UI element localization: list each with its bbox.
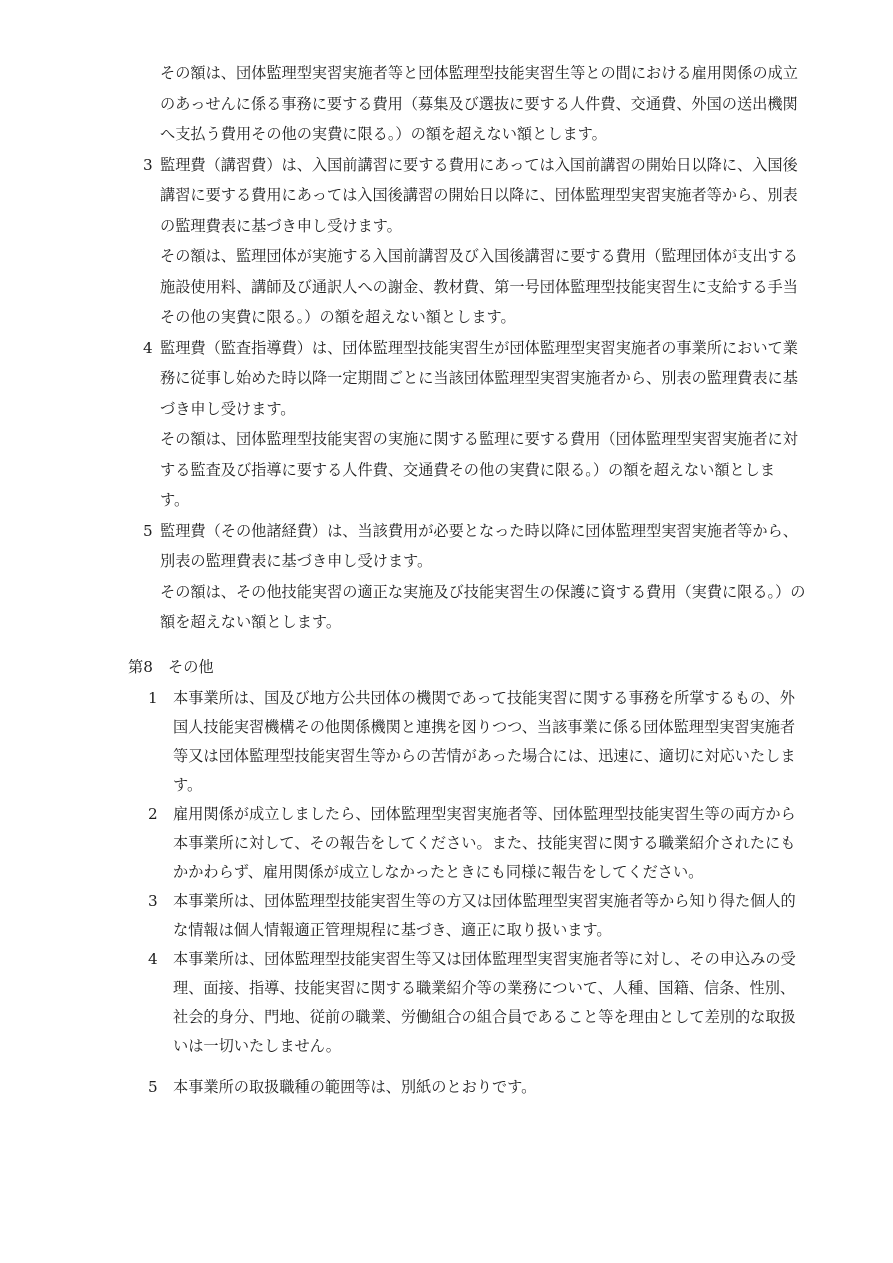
text-line: いは一切いたしません。 <box>173 1032 848 1061</box>
section-heading: 第8 その他 <box>128 652 214 682</box>
text-line: かかわらず、雇用関係が成立しなかったときにも同様に報告をしてください。 <box>173 858 848 887</box>
text-line: その額は、監理団体が実施する入国前講習及び入国後講習に要する費用（監理団体が支出… <box>160 241 820 272</box>
text-line: 講習に要する費用にあっては入国後講習の開始日以降に、団体監理型実習実施者等から、… <box>160 180 820 211</box>
text-line: 雇用関係が成立しましたら、団体監理型実習実施者等、団体監理型技能実習生等の両方か… <box>173 800 848 829</box>
text-line: 4監理費（監査指導費）は、団体監理型技能実習生が団体監理型実習実施者の事業所にお… <box>160 333 820 364</box>
text-line: す。 <box>160 485 820 516</box>
clause-number: 5 <box>143 516 153 547</box>
text-line: する監査及び指導に要する人件費、交通費その他の実費に限る。）の額を超えない額とし… <box>160 455 820 486</box>
list-item: 4本事業所は、団体監理型技能実習生等又は団体監理型実習実施者等に対し、その申込み… <box>148 945 848 1061</box>
text-line: 本事業所は、国及び地方公共団体の機関であって技能実習に関する事務を所掌するもの、… <box>173 684 848 713</box>
item-number: 4 <box>148 945 158 974</box>
text-line: へ支払う費用その他の実費に限る。）の額を超えない額とします。 <box>160 119 820 150</box>
other-clauses-list: 1本事業所は、国及び地方公共団体の機関であって技能実習に関する事務を所掌するもの… <box>148 684 848 1102</box>
text-line: 5監理費（その他諸経費）は、当該費用が必要となった時以降に団体監理型実習実施者等… <box>160 516 820 547</box>
text-line: その他の実費に限る。）の額を超えない額とします。 <box>160 302 820 333</box>
text-line: 本事業所は、団体監理型技能実習生等の方又は団体監理型実習実施者等から知り得た個人… <box>173 887 848 916</box>
text-line: その額は、団体監理型技能実習の実施に関する監理に要する費用（団体監理型実習実施者… <box>160 424 820 455</box>
text-line: す。 <box>173 771 848 800</box>
text-line: 本事業所に対して、その報告をしてください。また、技能実習に関する職業紹介されたに… <box>173 829 848 858</box>
list-item: 5本事業所の取扱職種の範囲等は、別紙のとおりです。 <box>148 1073 848 1102</box>
text-line: その額は、その他技能実習の適正な実施及び技能実習生の保護に資する費用（実費に限る… <box>160 577 820 608</box>
text-line: な情報は個人情報適正管理規程に基づき、適正に取り扱います。 <box>173 916 848 945</box>
text-line: その額は、団体監理型実習実施者等と団体監理型技能実習生等との間における雇用関係の… <box>160 58 820 89</box>
list-item: 2雇用関係が成立しましたら、団体監理型実習実施者等、団体監理型技能実習生等の両方… <box>148 800 848 887</box>
text-line: づき申し受けます。 <box>160 394 820 425</box>
text-line: 本事業所は、団体監理型技能実習生等又は団体監理型実習実施者等に対し、その申込みの… <box>173 945 848 974</box>
fee-clause-section: その額は、団体監理型実習実施者等と団体監理型技能実習生等との間における雇用関係の… <box>160 58 820 638</box>
clause-number: 3 <box>143 150 153 181</box>
text-line: 理、面接、指導、技能実習に関する職業紹介等の業務について、人種、国籍、信条、性別… <box>173 974 848 1003</box>
document-page: その額は、団体監理型実習実施者等と団体監理型技能実習生等との間における雇用関係の… <box>0 0 893 1263</box>
text-line: 本事業所の取扱職種の範囲等は、別紙のとおりです。 <box>173 1073 848 1102</box>
text-line: 等又は団体監理型技能実習生等からの苦情があった場合には、迅速に、適切に対応いたし… <box>173 742 848 771</box>
text-line: 務に従事し始めた時以降一定期間ごとに当該団体監理型実習実施者から、別表の監理費表… <box>160 363 820 394</box>
text-line: 3監理費（講習費）は、入国前講習に要する費用にあっては入国前講習の開始日以降に、… <box>160 150 820 181</box>
text-line: 社会的身分、門地、従前の職業、労働組合の組合員であること等を理由として差別的な取… <box>173 1003 848 1032</box>
text-line: 国人技能実習機構その他関係機関と連携を図りつつ、当該事業に係る団体監理型実習実施… <box>173 713 848 742</box>
text-line: 額を超えない額とします。 <box>160 607 820 638</box>
list-item: 3本事業所は、団体監理型技能実習生等の方又は団体監理型実習実施者等から知り得た個… <box>148 887 848 945</box>
item-number: 3 <box>148 887 158 916</box>
item-number: 5 <box>148 1073 158 1102</box>
text-line: 施設使用料、講師及び通訳人への謝金、教材費、第一号団体監理型技能実習生に支給する… <box>160 272 820 303</box>
list-item: 1本事業所は、国及び地方公共団体の機関であって技能実習に関する事務を所掌するもの… <box>148 684 848 800</box>
clause-number: 4 <box>143 333 153 364</box>
item-number: 1 <box>148 684 158 713</box>
text-line: の監理費表に基づき申し受けます。 <box>160 211 820 242</box>
text-line: 別表の監理費表に基づき申し受けます。 <box>160 546 820 577</box>
item-number: 2 <box>148 800 158 829</box>
text-line: のあっせんに係る事務に要する費用（募集及び選抜に要する人件費、交通費、外国の送出… <box>160 89 820 120</box>
